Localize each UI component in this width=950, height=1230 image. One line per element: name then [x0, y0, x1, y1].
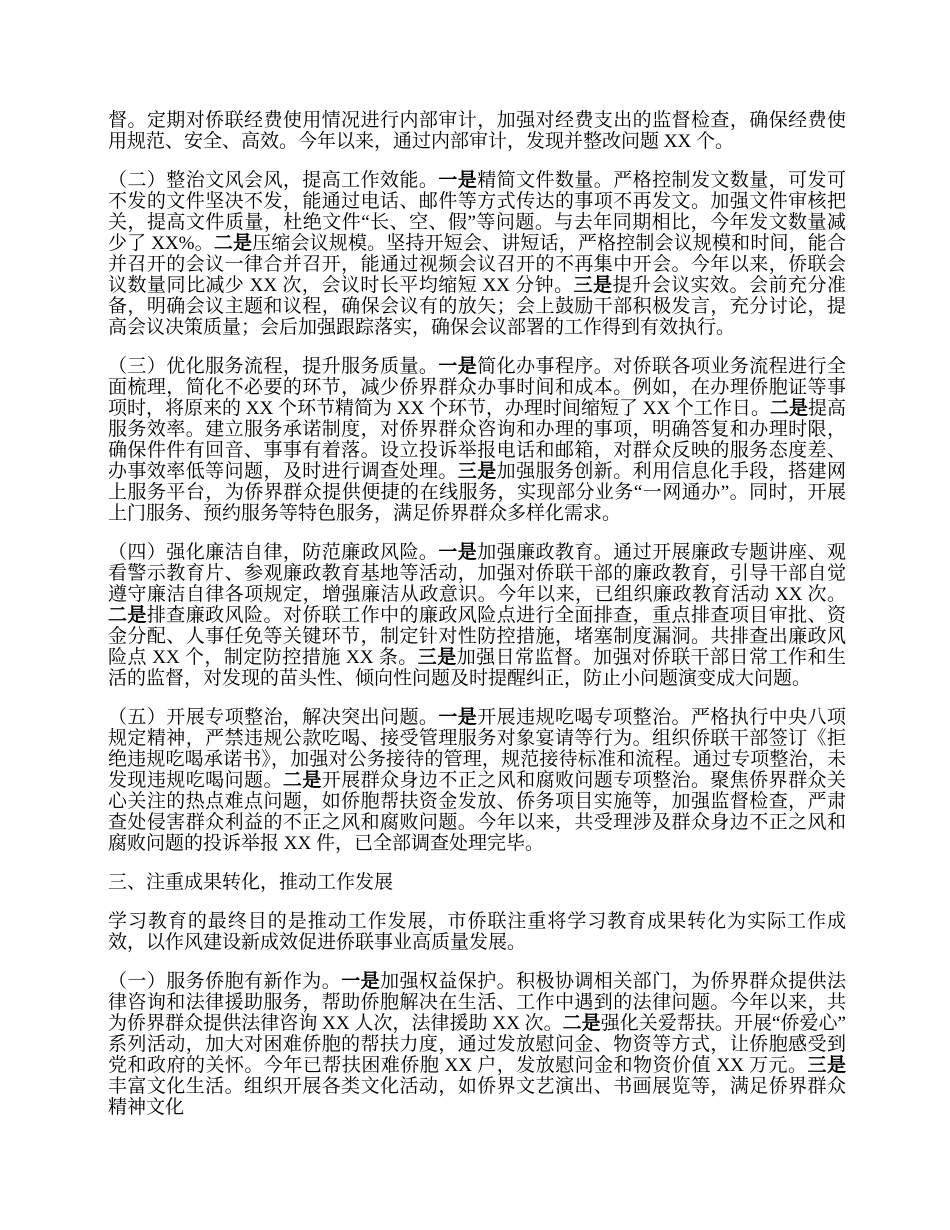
text-run: （三）优化服务流程，提升服务质量。 [108, 356, 438, 377]
text-run: 学习教育的最终目的是推动工作发展，市侨联注重将学习教育成果转化为实际工作成效，以… [108, 911, 846, 953]
bold-run: 一是 [438, 356, 477, 377]
paragraph: （四）强化廉洁自律，防范廉政风险。一是加强廉政教育。通过开展廉政专题讲座、观看警… [108, 542, 846, 689]
text-run: 三、注重成果转化，推动工作发展 [108, 872, 393, 893]
bold-run: 二是 [283, 770, 322, 791]
paragraph: （五）开展专项整治，解决突出问题。一是开展违规吃喝专项整治。严格执行中央八项规定… [108, 707, 846, 854]
bold-run: 一是 [438, 170, 477, 191]
bold-run: 二是 [770, 398, 808, 419]
section-heading: 三、注重成果转化，推动工作发展 [108, 872, 846, 893]
paragraph: 督。定期对侨联经费使用情况进行内部审计，加强对经费支出的监督检查，确保经费使用规… [108, 110, 846, 152]
bold-run: 一是 [438, 707, 477, 728]
bold-run: 三是 [574, 275, 613, 296]
bold-run: 三是 [808, 1055, 847, 1076]
text-run: 丰富文化生活。组织开展各类文化活动，如侨界文艺演出、书画展览等，满足侨界群众精神… [108, 1076, 846, 1118]
text-run: （一）服务侨胞有新作为。 [108, 971, 341, 992]
text-run: （五）开展专项整治，解决突出问题。 [108, 707, 438, 728]
text-run: （四）强化廉洁自律，防范廉政风险。 [108, 542, 438, 563]
bold-run: 二是 [563, 1013, 601, 1034]
bold-run: 一是 [438, 542, 477, 563]
bold-run: 二是 [214, 233, 252, 254]
document-page: 督。定期对侨联经费使用情况进行内部审计，加强对经费支出的监督检查，确保经费使用规… [0, 0, 950, 1230]
document-body: 督。定期对侨联经费使用情况进行内部审计，加强对经费支出的监督检查，确保经费使用规… [108, 110, 846, 1118]
text-run: 督。定期对侨联经费使用情况进行内部审计，加强对经费支出的监督检查，确保经费使用规… [108, 110, 846, 152]
bold-run: 一是 [341, 971, 380, 992]
paragraph: （一）服务侨胞有新作为。一是加强权益保护。积极协调相关部门，为侨界群众提供法律咨… [108, 971, 846, 1118]
paragraph: （二）整治文风会风，提高工作效能。一是精简文件数量。严格控制发文数量，可发可不发… [108, 170, 846, 338]
text-run: （二）整治文风会风，提高工作效能。 [108, 170, 438, 191]
bold-run: 三是 [418, 647, 457, 668]
bold-run: 三是 [458, 461, 497, 482]
paragraph: 学习教育的最终目的是推动工作发展，市侨联注重将学习教育成果转化为实际工作成效，以… [108, 911, 846, 953]
bold-run: 二是 [108, 605, 147, 626]
paragraph: （三）优化服务流程，提升服务质量。一是简化办事程序。对侨联各项业务流程进行全面梳… [108, 356, 846, 524]
